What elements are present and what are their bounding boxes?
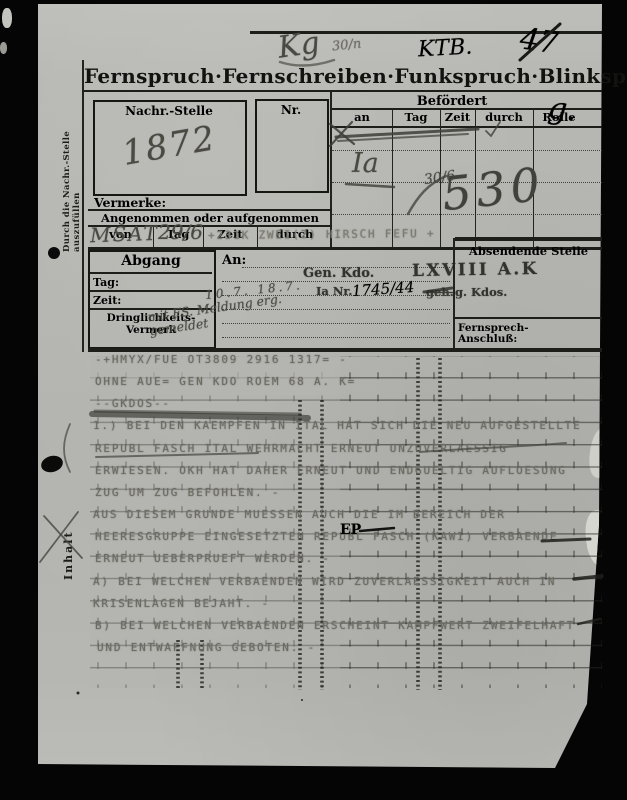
an-dotted-rule [222,337,450,338]
message-line: A) BEI WELCHEN VERBAENDEN WIRD ZUVERLAES… [93,575,556,588]
tag-value: 29/6 [158,220,203,244]
message-line: ZUG UM ZUG BEFOHLEN. - [95,486,280,499]
abgang-rule [90,290,212,292]
befoerdert-title: Befördert [332,94,572,109]
stamp-gkdos: g. Kdos. [455,285,507,299]
paper-tear [587,427,616,480]
befoerdert-col-zeit: Zeit [440,110,475,124]
message-line: AUS DIESEM GRUNDE MUESSEN AUCH DIE IM BE… [93,508,506,521]
inhalt-label: Inhalt [62,488,75,580]
absendende-label: Absendende Stelle [455,244,602,258]
nr-label: Nr. [257,103,325,117]
message-line: OHNE AUE= GEN KDO ROEM 68 A. K= [95,375,356,388]
paper-tear [583,509,617,568]
form-title: Fernspruch·Fernschreiben·Funkspruch·Blin… [84,64,600,88]
ia-nr-prefix: Ia Nr. [316,284,352,298]
message-line: REPUBL FASCH ITAL WEHRMACHT ERNEUT UNZUV… [95,442,508,455]
absendende-rule [453,317,602,319]
annotation-fraction: 30/n [331,37,362,55]
annotation-ktb: KTB. [417,35,473,63]
rolle-entry: g. [546,91,578,129]
abgang-zeit-label: Zeit: [93,294,121,307]
message-line: UND ENTWAFFNUNG GEBOTEN. - [97,641,316,654]
angenommen-col-divider [203,225,204,247]
abgang-tag-label: Tag: [93,276,119,289]
durch-entry: 530 [439,157,547,221]
received-typed-line: +231K ZWEI(2) HIRSCH FEFU + [208,227,436,242]
ep-correction: EP [340,522,361,538]
an-label: An: [222,253,246,268]
nachr-stelle-label: Nachr.-Stelle [95,104,243,118]
befoerdert-col-an: an [332,110,392,124]
message-line: B) BEI WELCHEN VERBAENDEN ERSCHEINT KAMP… [95,619,575,632]
befoerdert-col-durch: durch [475,110,533,124]
an-entry: Ia [352,148,379,179]
body-top-bar [88,348,602,352]
stamp-gen-kdo: Gen. Kdo. [303,266,374,281]
absendende-top-bar [455,237,602,241]
vermerke-label: Vermerke: [94,195,166,210]
film-speck [0,42,7,54]
abgang-title: Abgang [90,253,212,269]
befoerdert-col-tag: Tag [392,110,440,124]
message-line: ERWIESEN. OKH HAT DAHER ERNEUT UND ENDGU… [95,464,567,477]
stamp-korps: LXVIII A.K [412,259,539,281]
paper-tear [596,560,610,586]
microfilm-scan: Fernspruch·Fernschreiben·Funkspruch·Blin… [0,0,627,800]
message-line: --GKDOS-- [95,397,171,410]
title-underline [82,90,602,92]
message-line: KRISENLAGEN BEJAHT. - [93,597,270,610]
von-value: MSAT [90,221,160,247]
form-left-rule [82,60,84,352]
geh-crossed: geh. [426,285,454,299]
abgang-rule [90,272,212,274]
message-line: 1.) BEI DEN KAEMPFEN IN ITAL HAT SICH DI… [93,419,582,432]
annotation-kg: Kg [276,25,322,65]
fernsprech-label2: Anschluß: [458,333,517,345]
film-speck [2,8,12,28]
message-line: ERNEUT UEBERPRUEFT WERDEN. - [95,552,331,565]
message-line: -+HMYX/FUE OT3809 2916 1317= - [95,353,348,366]
message-line: HEERESGRUPPE EINGESETZTEN REPUBL FASCH (… [95,530,558,543]
befoerdert-col-divider [392,108,393,247]
margin-instruction: Durch die Nachr.-Stelle auszufüllen [62,92,82,252]
annotation-number: 47 [518,22,561,62]
